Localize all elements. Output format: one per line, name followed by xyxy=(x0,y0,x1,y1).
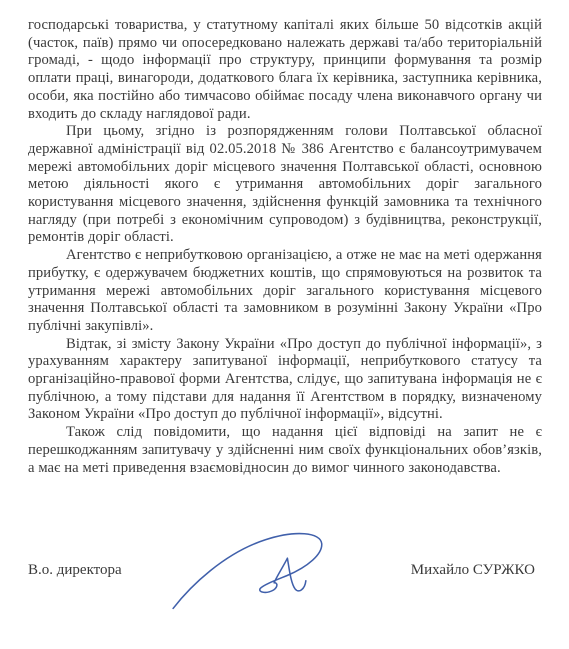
body-paragraph-3: Агентство є неприбутковою організацією, … xyxy=(28,247,542,336)
signoff-role-label: В.о. директора xyxy=(28,562,122,579)
signature-ink-icon xyxy=(168,526,332,614)
body-paragraph-4: Відтак, зі змісту Закону України «Про до… xyxy=(28,336,542,425)
body-paragraph-5: Також слід повідомити, що надання цієї в… xyxy=(28,424,542,477)
body-paragraph-2: При цьому, згідно із розпорядженням голо… xyxy=(28,123,542,247)
scanned-letter-page: господарські товариства, у статутному ка… xyxy=(0,0,569,649)
signoff-name-label: Михайло СУРЖКО xyxy=(411,562,535,579)
signature-stroke-arc xyxy=(173,534,322,609)
body-paragraph-1: господарські товариства, у статутному ка… xyxy=(28,17,542,123)
letter-body: господарські товариства, у статутному ка… xyxy=(28,17,542,477)
